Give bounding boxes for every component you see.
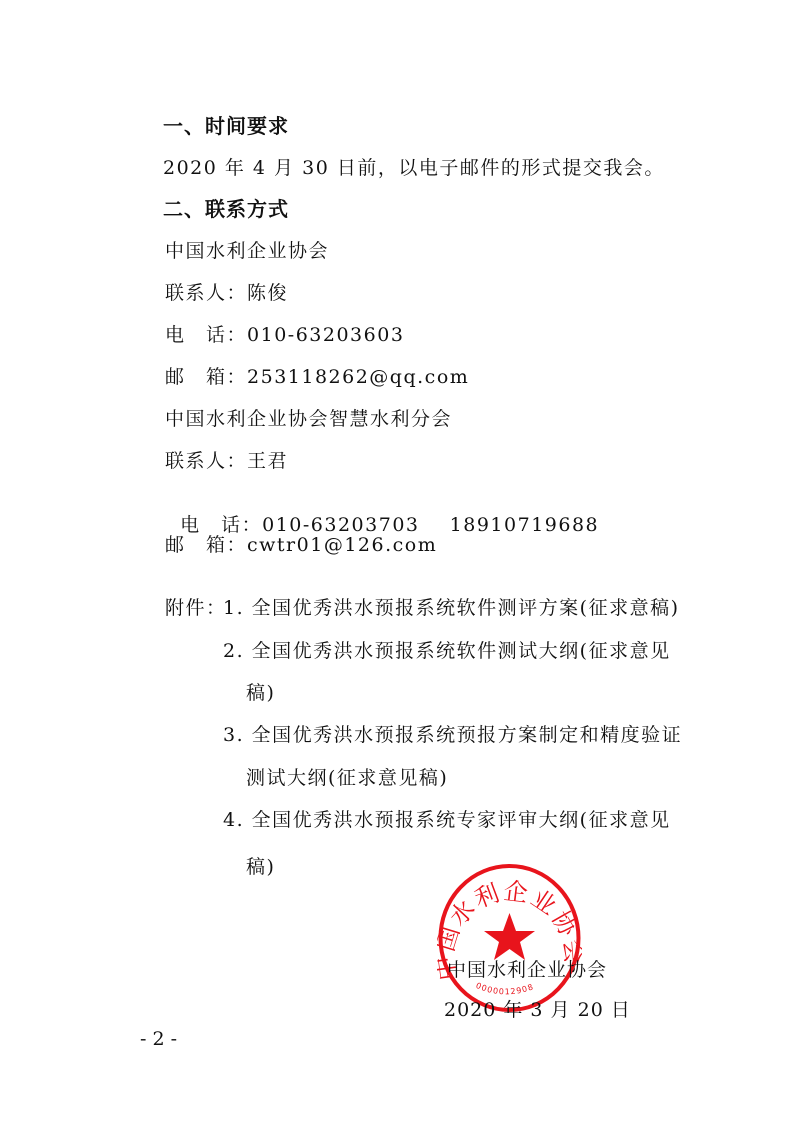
org2-contact-label: 联系人： — [165, 450, 247, 472]
org2-contact-value: 王君 — [247, 450, 288, 472]
org1-phone-label: 电 话： — [165, 324, 247, 346]
org2-email: 邮 箱：cwtr01@126.com — [165, 530, 437, 557]
org1-email-label: 邮 箱： — [165, 366, 247, 388]
org2-contact: 联系人：王君 — [165, 446, 288, 473]
signature-org: 中国水利企业协会 — [447, 955, 607, 982]
attachment-item-2-cont: 稿) — [246, 678, 275, 705]
attachment-item-3: 3. 全国优秀洪水预报系统预报方案制定和精度验证 — [223, 720, 682, 747]
org1-contact: 联系人：陈俊 — [165, 278, 288, 305]
signature-date: 2020 年 3 月 20 日 — [444, 995, 631, 1022]
attachments-label: 附件： — [165, 593, 227, 620]
org2-email-label: 邮 箱： — [165, 534, 247, 556]
org1-contact-value: 陈俊 — [247, 282, 288, 304]
attachment-item-4: 4. 全国优秀洪水预报系统专家评审大纲(征求意见 — [223, 805, 671, 832]
attachment-item-1: 1. 全国优秀洪水预报系统软件测评方案(征求意稿) — [223, 593, 680, 620]
org1-contact-label: 联系人： — [165, 282, 247, 304]
official-seal-icon: 中国水利企业协会 0000012908 — [437, 863, 582, 1013]
org2-email-value[interactable]: cwtr01@126.com — [247, 534, 437, 556]
org1-phone-value: 010-63203603 — [247, 324, 404, 346]
section-contact-heading: 二、联系方式 — [163, 193, 289, 222]
org1-email: 邮 箱：253118262@qq.com — [165, 362, 469, 389]
attachment-item-4-cont: 稿) — [246, 852, 275, 879]
attachment-item-2: 2. 全国优秀洪水预报系统软件测试大纲(征求意见 — [223, 636, 671, 663]
org1-phone: 电 话：010-63203603 — [165, 320, 404, 347]
org1-name: 中国水利企业协会 — [165, 236, 329, 263]
org2-name: 中国水利企业协会智慧水利分会 — [165, 404, 452, 431]
section-time-body: 2020 年 4 月 30 日前，以电子邮件的形式提交我会。 — [163, 153, 665, 180]
section-time-heading: 一、时间要求 — [163, 110, 289, 139]
attachment-item-3-cont: 测试大纲(征求意见稿) — [246, 763, 448, 790]
org1-email-value[interactable]: 253118262@qq.com — [247, 366, 469, 388]
page-number: - 2 - — [140, 1028, 177, 1050]
